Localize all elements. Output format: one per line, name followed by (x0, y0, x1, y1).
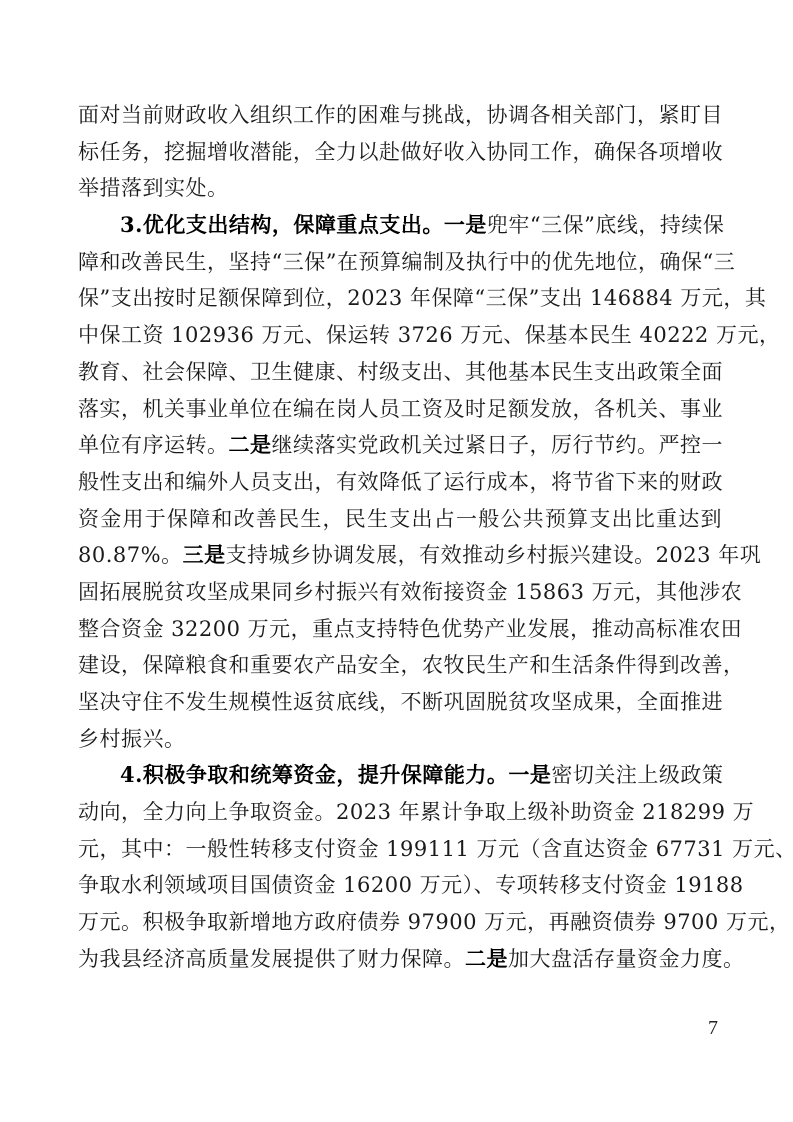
text-line: 面对当前财政收入组织工作的困难与挑战，协调各相关部门，紧盯目 (78, 97, 722, 134)
body-text: 落实，机关事业单位在编在岗人员工资及时足额发放，各机关、事业 (78, 397, 723, 421)
body-text: 中保工资 102936 万元、保运转 3726 万元、保基本民生 40222 万… (78, 323, 780, 347)
text-line: 固拓展脱贫攻坚成果同乡村振兴有效衔接资金 15863 万元，其他涉农 (78, 574, 722, 611)
text-line: 坚决守住不发生规模性返贫底线，不断巩固脱贫攻坚成果，全面推进 (78, 684, 722, 721)
text-line: 举措落到实处。 (78, 170, 722, 207)
text-line: 元，其中：一般性转移支付资金 199111 万元（含直达资金 67731 万元、 (78, 831, 722, 868)
body-text: 为我县经济高质量发展提供了财力保障。 (78, 947, 465, 971)
document-body: 面对当前财政收入组织工作的困难与挑战，协调各相关部门，紧盯目标任务，挖掘增收潜能… (78, 97, 722, 978)
body-text: 教育、社会保障、卫生健康、村级支出、其他基本民生支出政策全面 (78, 360, 723, 384)
text-line: 动向，全力向上争取资金。2023 年累计争取上级补助资金 218299 万 (78, 794, 722, 831)
body-text: 固拓展脱贫攻坚成果同乡村振兴有效衔接资金 15863 万元，其他涉农 (78, 580, 742, 604)
text-line: 障和改善民生，坚持“三保”在预算编制及执行中的优先地位，确保“三 (78, 244, 722, 281)
text-line: 般性支出和编外人员支出，有效降低了运行成本，将节省下来的财政 (78, 464, 722, 501)
paragraph-heading-line: 4.积极争取和统筹资金，提升保障能力。一是密切关注上级政策 (78, 757, 722, 794)
text-line: 争取水利领域项目国债资金 16200 万元）、专项转移支付资金 19188 (78, 867, 722, 904)
text-line: 单位有序运转。二是继续落实党政机关过紧日子，厉行节约。严控一 (78, 427, 722, 464)
body-text: 密切关注上级政策 (551, 763, 723, 787)
body-text: 障和改善民生，坚持“三保”在预算编制及执行中的优先地位，确保“三 (78, 250, 735, 274)
body-text: 动向，全力向上争取资金。2023 年累计争取上级补助资金 218299 万 (78, 800, 754, 824)
text-line: 整合资金 32200 万元，重点支持特色优势产业发展，推动高标准农田 (78, 611, 722, 648)
bold-text: 二是 (465, 946, 508, 971)
body-text: 争取水利领域项目国债资金 16200 万元）、专项转移支付资金 19188 (78, 873, 744, 897)
body-text: 建设，保障粮食和重要农产品安全，农牧民生产和生活条件得到改善， (78, 653, 745, 677)
bold-text: 3.优化支出结构，保障重点支出。一是 (120, 212, 487, 237)
body-text: 支持城乡协调发展，有效推动乡村振兴建设。2023 年巩 (226, 543, 762, 567)
body-text: 标任务，挖掘增收潜能，全力以赴做好收入协同工作，确保各项增收 (78, 140, 723, 164)
body-text: 面对当前财政收入组织工作的困难与挑战，协调各相关部门，紧盯目 (78, 103, 723, 127)
bold-text: 4.积极争取和统筹资金，提升保障能力。一是 (120, 762, 551, 787)
text-line: 80.87%。三是支持城乡协调发展，有效推动乡村振兴建设。2023 年巩 (78, 537, 722, 574)
body-text: 整合资金 32200 万元，重点支持特色优势产业发展，推动高标准农田 (78, 617, 742, 641)
text-line: 教育、社会保障、卫生健康、村级支出、其他基本民生支出政策全面 (78, 354, 722, 391)
body-text: 保”支出按时足额保障到位，2023 年保障“三保”支出 146884 万元，其 (78, 286, 766, 310)
text-line: 保”支出按时足额保障到位，2023 年保障“三保”支出 146884 万元，其 (78, 280, 722, 317)
page-number: 7 (708, 1017, 718, 1040)
body-text: 资金用于保障和改善民生，民生支出占一般公共预算支出比重达到 (78, 507, 722, 531)
body-text: 坚决守住不发生规模性返贫底线，不断巩固脱贫攻坚成果，全面推进 (78, 690, 723, 714)
body-text: 兜牢“三保”底线，持续保 (487, 213, 724, 237)
text-line: 万元。积极争取新增地方政府债券 97900 万元，再融资债券 9700 万元， (78, 904, 722, 941)
text-line: 中保工资 102936 万元、保运转 3726 万元、保基本民生 40222 万… (78, 317, 722, 354)
body-text: 加大盘活存量资金力度。 (508, 947, 745, 971)
text-line: 标任务，挖掘增收潜能，全力以赴做好收入协同工作，确保各项增收 (78, 134, 722, 171)
text-line: 乡村振兴。 (78, 721, 722, 758)
text-line: 为我县经济高质量发展提供了财力保障。二是加大盘活存量资金力度。 (78, 941, 722, 978)
text-line: 资金用于保障和改善民生，民生支出占一般公共预算支出比重达到 (78, 501, 722, 538)
bold-text: 三是 (183, 542, 226, 567)
body-text: 乡村振兴。 (78, 727, 186, 751)
body-text: 80.87%。 (78, 543, 183, 567)
body-text: 般性支出和编外人员支出，有效降低了运行成本，将节省下来的财政 (78, 470, 723, 494)
body-text: 举措落到实处。 (78, 176, 229, 200)
body-text: 继续落实党政机关过紧日子，厉行节约。严控一 (272, 433, 724, 457)
body-text: 单位有序运转。 (78, 433, 229, 457)
body-text: 元，其中：一般性转移支付资金 199111 万元（含直达资金 67731 万元、 (78, 837, 793, 861)
paragraph-heading-line: 3.优化支出结构，保障重点支出。一是兜牢“三保”底线，持续保 (78, 207, 722, 244)
body-text: 万元。积极争取新增地方政府债券 97900 万元，再融资债券 9700 万元， (78, 910, 790, 934)
bold-text: 二是 (229, 432, 272, 457)
text-line: 落实，机关事业单位在编在岗人员工资及时足额发放，各机关、事业 (78, 391, 722, 428)
text-line: 建设，保障粮食和重要农产品安全，农牧民生产和生活条件得到改善， (78, 647, 722, 684)
